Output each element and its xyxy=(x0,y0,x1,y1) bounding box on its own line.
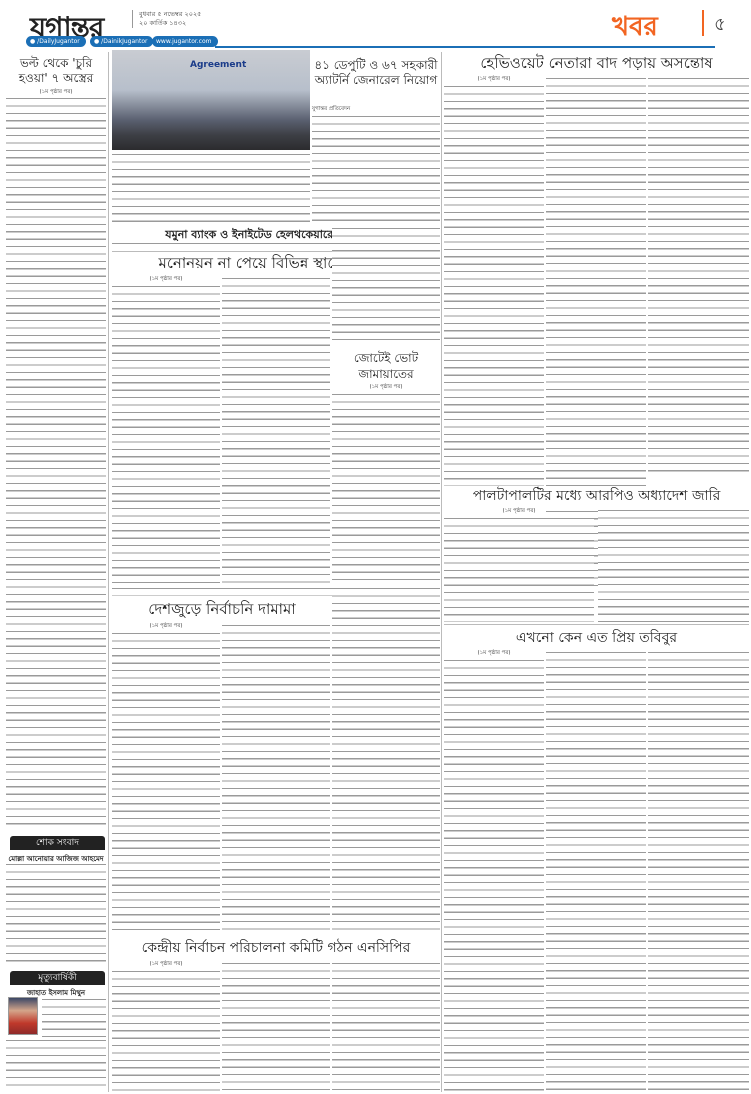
anniversary-body-a xyxy=(42,997,106,1037)
website-link[interactable]: www.jugantor.com xyxy=(152,36,218,47)
condolence-box-title: শোক সংবাদ xyxy=(10,836,105,850)
social-facebook-link[interactable]: ● /DainikJugantor xyxy=(90,36,153,47)
page-number: ৫ xyxy=(714,10,726,41)
column-rule xyxy=(441,52,442,1092)
anniversary-body-b xyxy=(6,1038,106,1088)
rpo-body-col2 xyxy=(598,508,749,622)
date-bengali: ২০ কার্তিক ১৪৩২ xyxy=(139,19,201,28)
attorney-body xyxy=(312,114,440,224)
heavyweight-body-col1 xyxy=(444,84,544,492)
election-body-col2 xyxy=(222,623,330,931)
section-divider xyxy=(702,10,704,36)
election-continued: (১ম পৃষ্ঠার পর) xyxy=(112,623,220,631)
agreement-photo: Agreement xyxy=(112,50,310,150)
attorney-byline: যুগান্তর প্রতিবেদন xyxy=(312,106,350,114)
agreement-banner-text: Agreement xyxy=(190,60,246,70)
heavyweight-headline: হেভিওয়েট নেতারা বাদ পড়ায় অসন্তোষ xyxy=(444,52,749,74)
memorial-photo xyxy=(8,997,38,1035)
jote-continued: (১ম পৃষ্ঠার পর) xyxy=(332,384,440,392)
nomination-continued: (১ম পৃষ্ঠার পর) xyxy=(112,276,220,284)
social-twitter-link[interactable]: ● /DailyJugantor xyxy=(26,36,86,47)
ncp-body-col2 xyxy=(222,961,330,1091)
vault-body xyxy=(6,96,106,826)
issue-date: বুধবার ৫ নভেম্বর ২০২৫ ২০ কার্তিক ১৪৩২ xyxy=(132,10,201,28)
nomination-body-col2 xyxy=(222,276,330,584)
ncp-body-col1 xyxy=(112,969,220,1091)
attorney-headline: ৪১ ডেপুটি ও ৬৭ সহকারী অ্যাটর্নি জেনারেল … xyxy=(312,58,440,88)
date-gregorian: বুধবার ৫ নভেম্বর ২০২৫ xyxy=(139,10,201,19)
jote-body xyxy=(332,392,440,584)
nomination-body-col1 xyxy=(112,284,220,584)
x-icon: ● xyxy=(30,38,35,45)
column-rule xyxy=(108,52,109,1092)
tabeer-continued: (১ম পৃষ্ঠার পর) xyxy=(444,650,544,658)
attorney-body-b xyxy=(332,226,440,346)
section-title: খবর xyxy=(612,6,658,50)
vault-headline: ভল্ট থেকে 'চুরি হওয়া' ৭ অস্ত্রের xyxy=(6,56,106,86)
condolence-body xyxy=(6,862,106,962)
election-headline: দেশজুড়ে নির্বাচনি দামামা xyxy=(112,598,332,620)
anniversary-box-title: মৃত্যুবার্ষিকী xyxy=(10,971,105,985)
election-body-col1 xyxy=(112,631,220,931)
ncp-continued: (১ম পৃষ্ঠার পর) xyxy=(112,961,220,969)
facebook-icon: ● xyxy=(94,38,99,45)
election-body-col3 xyxy=(332,586,440,931)
heavyweight-body-col2 xyxy=(546,76,646,492)
tabeer-body-col2 xyxy=(546,650,646,1091)
tabeer-body-col1 xyxy=(444,658,544,1091)
nomination-tail xyxy=(112,586,332,596)
bank-body xyxy=(112,152,310,224)
heavyweight-continued: (১ম পৃষ্ঠার পর) xyxy=(444,76,544,84)
ncp-body-col3 xyxy=(332,961,440,1091)
rpo-continued: (১ম পৃষ্ঠার পর) xyxy=(444,508,594,516)
rpo-body-col1 xyxy=(444,516,594,622)
ncp-headline: কেন্দ্রীয় নির্বাচন পরিচালনা কমিটি গঠন এ… xyxy=(112,938,440,958)
tabeer-headline: এখনো কেন এত প্রিয় তবিবুর xyxy=(444,628,749,648)
heavyweight-body-col3 xyxy=(648,76,749,476)
rpo-headline: পালটাপালটির মধ্যে আরপিও অধ্যাদেশ জারি xyxy=(444,486,749,506)
jote-headline: জোটেই ভোট জামায়াতের xyxy=(332,350,440,382)
section-rule xyxy=(444,624,749,625)
tabeer-body-col3 xyxy=(648,650,749,1091)
